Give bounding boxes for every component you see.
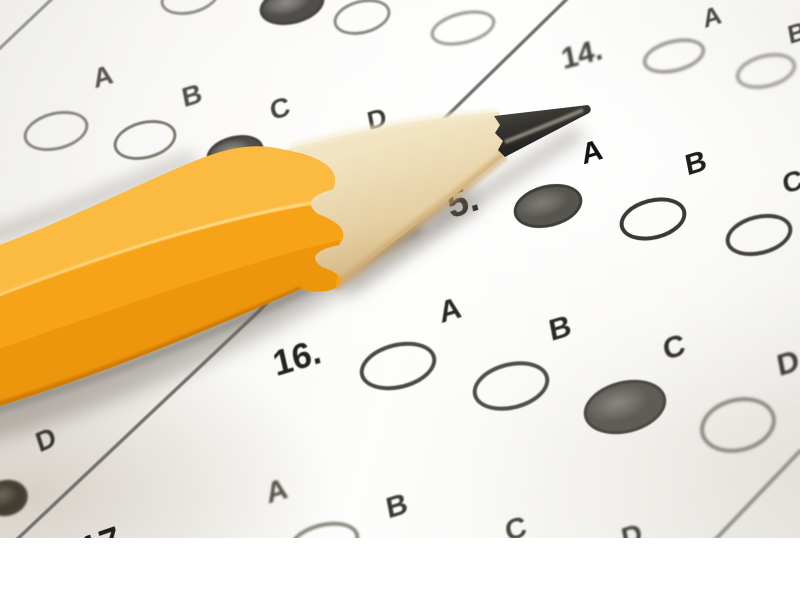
screenshot: A B C D D 14. A B 5. A B C 16. A B C D <box>0 0 800 600</box>
bottom-white-band <box>0 538 800 600</box>
answer-sheet-photo: A B C D D 14. A B 5. A B C 16. A B C D <box>0 0 800 538</box>
pencil <box>0 0 800 538</box>
